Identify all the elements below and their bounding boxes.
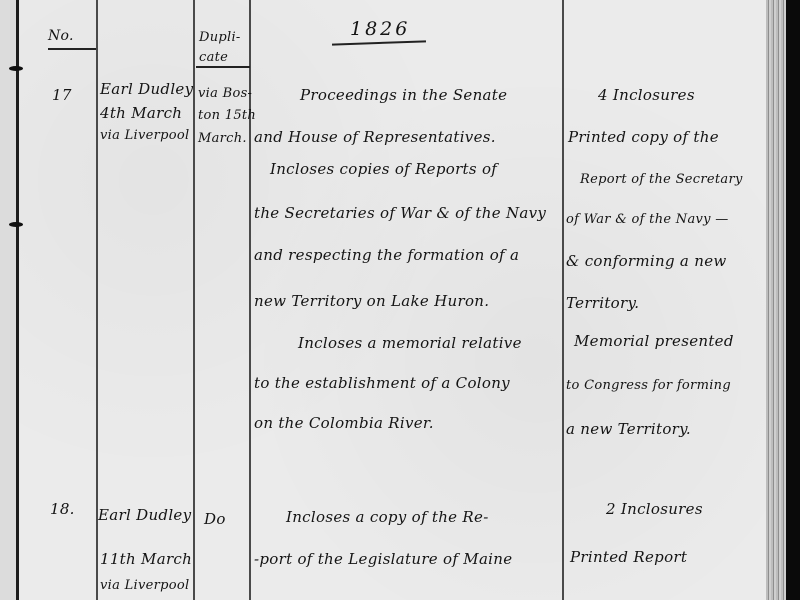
entry-enclosures-line: Printed Report	[570, 548, 687, 566]
year-underline	[332, 40, 426, 45]
entry-number: 18.	[50, 500, 75, 518]
entry-from-line: Earl Dudley	[100, 80, 193, 98]
entry-duplicate-line: ton 15th	[198, 108, 256, 123]
entry-enclosures-line: 2 Inclosures	[606, 500, 703, 518]
entry-enclosures-line: 4 Inclosures	[598, 86, 695, 104]
entry-contents-line: and House of Representatives.	[254, 128, 496, 146]
column-rule-contents	[562, 0, 564, 600]
entry-from-line: 11th March	[100, 550, 192, 568]
entry-duplicate-line: via Bos-	[198, 86, 252, 101]
entry-enclosures-line: to Congress for forming	[566, 378, 731, 393]
entry-contents-line: Proceedings in the Senate	[300, 86, 507, 104]
entry-duplicate-line: Do	[204, 510, 226, 528]
entry-contents-line: and respecting the formation of a	[254, 246, 519, 264]
entry-enclosures-line: & conforming a new	[566, 252, 727, 270]
book-page-edges	[766, 0, 786, 600]
binding-gutter	[0, 0, 16, 600]
entry-contents-line: Incloses a copy of the Re-	[286, 508, 489, 526]
entry-contents-line: Incloses copies of Reports of	[270, 160, 497, 178]
entry-enclosures-line: of War & of the Navy —	[566, 212, 729, 227]
entry-enclosures-line: Printed copy of the	[568, 128, 719, 146]
entry-contents-line: the Secretaries of War & of the Navy	[254, 204, 546, 222]
entry-enclosures-line: Report of the Secretary	[580, 172, 743, 187]
entry-contents-line: Incloses a memorial relative	[298, 334, 522, 352]
bleed-through-text	[618, 40, 626, 57]
header-number: No.	[48, 28, 74, 44]
binding-stitch-mark	[9, 66, 23, 71]
header-number-underline	[48, 48, 96, 50]
entry-from-line: via Liverpool	[100, 578, 189, 593]
entry-from-line: Earl Dudley	[98, 506, 191, 524]
binding-stitch-mark	[9, 222, 23, 227]
entry-number: 17	[52, 86, 72, 104]
entry-contents-line: to the establishment of a Colony	[254, 374, 510, 392]
scan-background	[786, 0, 800, 600]
header-duplicate: Dupli-cate	[199, 28, 247, 68]
entry-from-line: via Liverpool	[100, 128, 189, 143]
entry-duplicate-line: March.	[198, 131, 247, 146]
entry-enclosures-line: a new Territory.	[566, 420, 691, 438]
register-page: No. Dupli-cate 1826 17 Earl Dudley 4th M…	[0, 0, 768, 600]
entry-enclosures-line: Territory.	[566, 294, 639, 312]
entry-enclosures-line: Memorial presented	[574, 332, 734, 350]
entry-contents-line: -port of the Legislature of Maine	[254, 550, 512, 568]
entry-contents-line: on the Colombia River.	[254, 414, 434, 432]
entry-from-line: 4th March	[100, 104, 182, 122]
year-heading: 1826	[350, 18, 410, 40]
entry-contents-line: new Territory on Lake Huron.	[254, 292, 489, 310]
binding-line	[16, 0, 19, 600]
header-duplicate-underline	[196, 66, 250, 68]
